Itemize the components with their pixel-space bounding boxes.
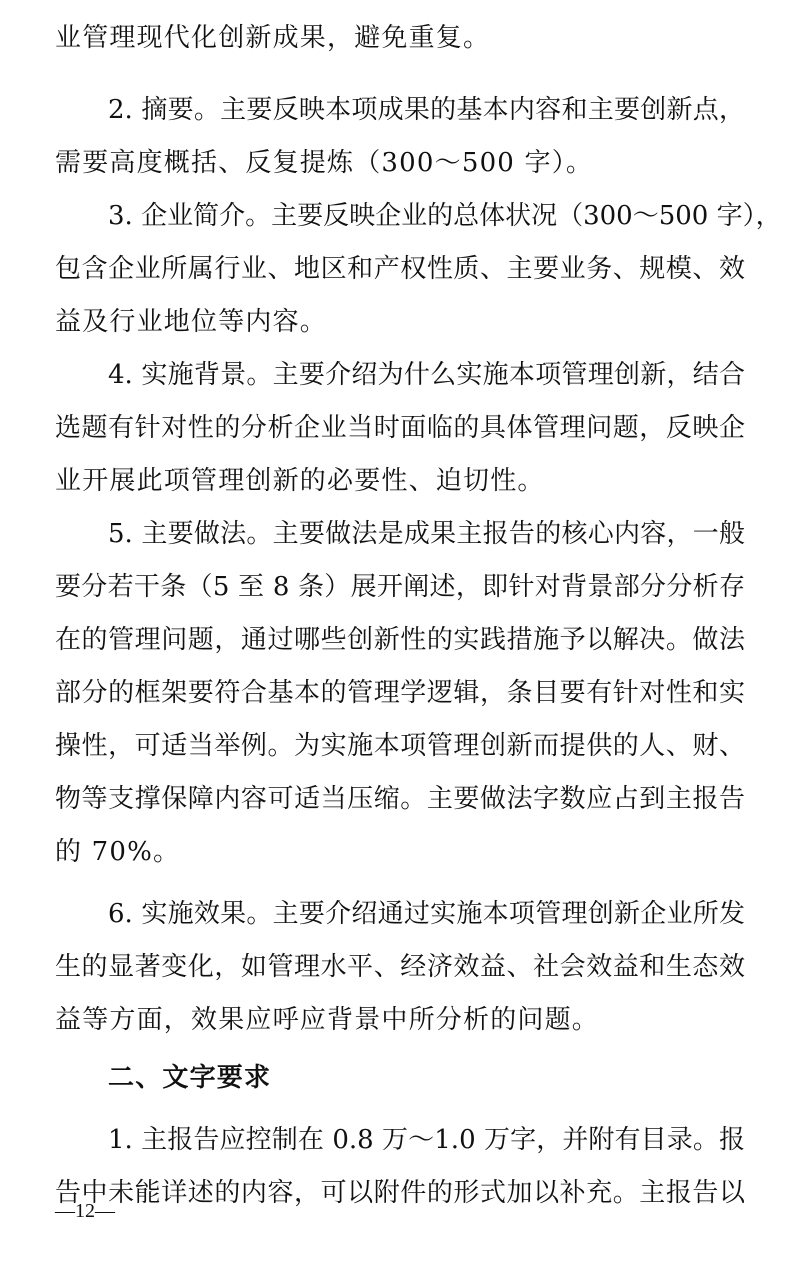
text-line: 益等方面，效果应呼应背景中所分析的问题。 — [55, 1004, 599, 1036]
text-line: 5. 主要做法。主要做法是成果主报告的核心内容，一般 — [108, 518, 745, 550]
text-line: 需要高度概括、反复提炼（300～500 字）。 — [55, 147, 593, 179]
text-line: 生的显著变化，如管理水平、经济效益、社会效益和生态效 — [55, 951, 745, 983]
text-line: 业开展此项管理创新的必要性、迫切性。 — [55, 465, 545, 497]
text-line: 益及行业地位等内容。 — [55, 306, 327, 338]
text-line: 选题有针对性的分析企业当时面临的具体管理问题，反映企 — [55, 412, 745, 444]
page-number: —12— — [55, 1198, 115, 1224]
text-line: 部分的框架要符合基本的管理学逻辑，条目要有针对性和实 — [55, 677, 745, 709]
text-line: 包含企业所属行业、地区和产权性质、主要业务、规模、效 — [55, 253, 745, 285]
text-line: 4. 实施背景。主要介绍为什么实施本项管理创新，结合 — [108, 359, 745, 391]
text-line: 在的管理问题，通过哪些创新性的实践措施予以解决。做法 — [55, 624, 745, 656]
text-line: 3. 企业简介。主要反映企业的总体状况（300～500 字）， — [108, 200, 745, 232]
text-line: 的 70%。 — [55, 836, 180, 868]
text-line: 要分若干条（5 至 8 条）展开阐述，即针对背景部分分析存 — [55, 571, 745, 603]
text-line: 业管理现代化创新成果，避免重复。 — [55, 22, 490, 54]
text-line: 6. 实施效果。主要介绍通过实施本项管理创新企业所发 — [108, 898, 745, 930]
text-line: 告中未能详述的内容，可以附件的形式加以补充。主报告以 — [55, 1177, 745, 1209]
text-line: 1. 主报告应控制在 0.8 万～1.0 万字，并附有目录。报 — [108, 1124, 745, 1156]
text-line: 物等支撑保障内容可适当压缩。主要做法字数应占到主报告 — [55, 783, 745, 815]
text-line: 2. 摘要。主要反映本项成果的基本内容和主要创新点， — [108, 94, 745, 126]
section-heading: 二、文字要求 — [108, 1062, 271, 1094]
text-line: 操性，可适当举例。为实施本项管理创新而提供的人、财、 — [55, 730, 745, 762]
